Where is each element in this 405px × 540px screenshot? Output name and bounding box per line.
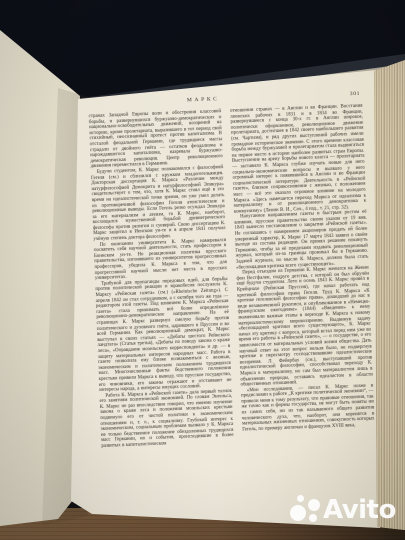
text-column-right: отношении странах — в Англии и во Франци… <box>230 104 375 444</box>
page-content: МАРКС 301 странах Западной Европы воли и… <box>88 91 377 493</box>
page-number: 301 <box>350 91 360 97</box>
avito-watermark: Avito <box>290 495 396 524</box>
text-column-left: странах Западной Европы воли и обострени… <box>89 109 234 449</box>
avito-logo-text: Avito <box>323 497 396 523</box>
text-columns: странах Западной Европы воли и обострени… <box>89 104 376 450</box>
book-photo: МАРКС 301 странах Западной Европы воли и… <box>0 0 405 540</box>
avito-logo-icon <box>290 495 321 524</box>
